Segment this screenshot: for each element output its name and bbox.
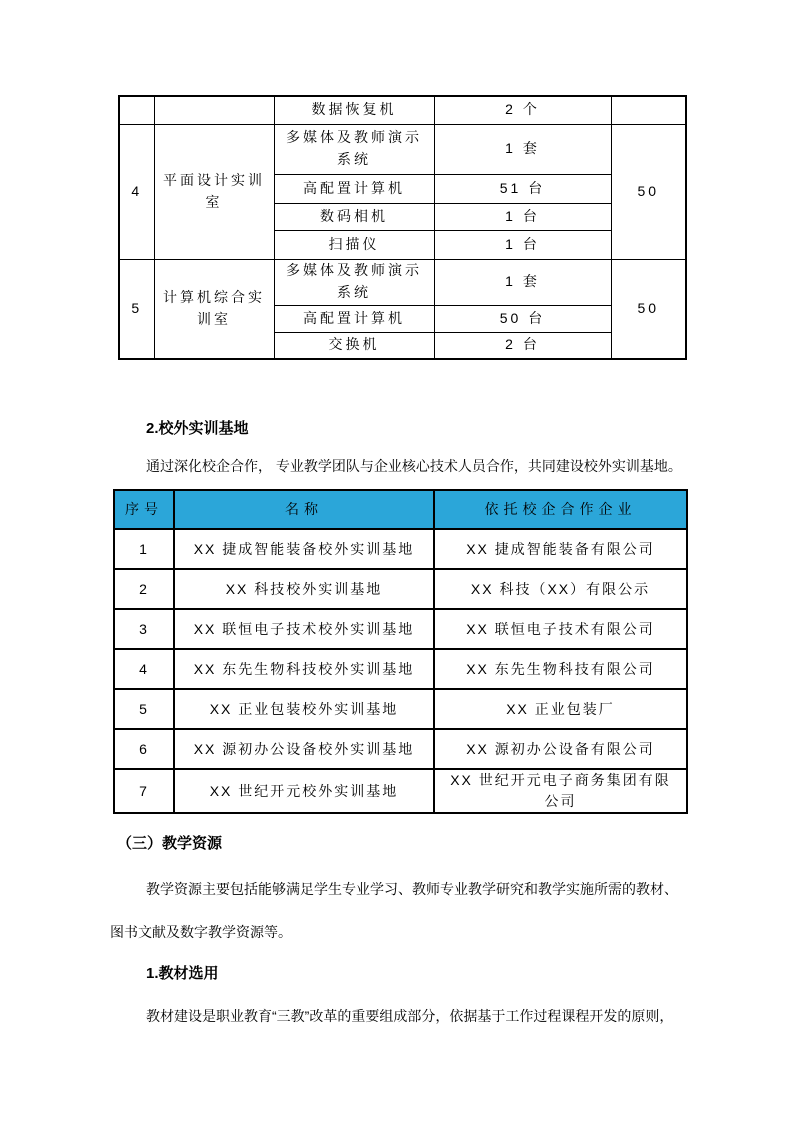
room-cell: 平面设计实训室: [154, 124, 274, 259]
equipment-partial-row: 数据恢复机 2 个: [119, 96, 686, 124]
offcampus-paragraph: 通过深化校企合作， 专业教学团队与企业核心技术人员合作，共同建设校外实训基地。: [146, 456, 682, 476]
quantity-cell: 1 套: [434, 259, 611, 305]
base-name-cell: XX 世纪开元校外实训基地: [174, 769, 434, 813]
capacity-cell: 50: [611, 259, 686, 359]
corp-cell: XX 世纪开元电子商务集团有限公司: [434, 769, 687, 813]
equipment-cell: 多媒体及教师演示系统: [274, 259, 434, 305]
offcampus-heading: 2.校外实训基地: [146, 417, 249, 438]
base-name-cell: XX 科技校外实训基地: [174, 569, 434, 609]
table-row: 4 XX 东先生物科技校外实训基地 XX 东先生物科技有限公司: [114, 649, 687, 689]
seq-cell: 5: [114, 689, 174, 729]
base-name-cell: XX 源初办公设备校外实训基地: [174, 729, 434, 769]
seq-cell: 4: [114, 649, 174, 689]
equipment-cell: 数码相机: [274, 203, 434, 230]
quantity-cell: 1 台: [434, 230, 611, 259]
resources-heading: （三）教学资源: [117, 832, 222, 853]
table-row: 1 XX 捷成智能装备校外实训基地 XX 捷成智能装备有限公司: [114, 529, 687, 569]
capacity-cell: [611, 96, 686, 124]
base-name-cell: XX 正业包装校外实训基地: [174, 689, 434, 729]
offcampus-base-table: 序号 名称 依托校企合作企业 1 XX 捷成智能装备校外实训基地 XX 捷成智能…: [113, 489, 688, 814]
seq-cell: 4: [119, 124, 154, 259]
table-row: 3 XX 联恒电子技术校外实训基地 XX 联恒电子技术有限公司: [114, 609, 687, 649]
textbook-paragraph: 教材建设是职业教育“三教”改革的重要组成部分，依据基于工作过程课程开发的原则，: [146, 1006, 673, 1026]
room-cell: [154, 96, 274, 124]
corp-cell: XX 东先生物科技有限公司: [434, 649, 687, 689]
table-row: 2 XX 科技校外实训基地 XX 科技（XX）有限公示: [114, 569, 687, 609]
equipment-row: 4 平面设计实训室 多媒体及教师演示系统 1 套 50: [119, 124, 686, 174]
quantity-cell: 1 套: [434, 124, 611, 174]
quantity-cell: 2 台: [434, 332, 611, 359]
base-name-cell: XX 捷成智能装备校外实训基地: [174, 529, 434, 569]
equipment-cell: 高配置计算机: [274, 305, 434, 332]
base-name-cell: XX 联恒电子技术校外实训基地: [174, 609, 434, 649]
equipment-row: 5 计算机综合实训室 多媒体及教师演示系统 1 套 50: [119, 259, 686, 305]
corp-cell: XX 联恒电子技术有限公司: [434, 609, 687, 649]
corp-cell: XX 捷成智能装备有限公司: [434, 529, 687, 569]
resources-paragraph-line2: 图书文献及数字教学资源等。: [110, 922, 292, 942]
seq-cell: 3: [114, 609, 174, 649]
table-row: 7 XX 世纪开元校外实训基地 XX 世纪开元电子商务集团有限公司: [114, 769, 687, 813]
corp-cell: XX 源初办公设备有限公司: [434, 729, 687, 769]
equipment-cell: 扫描仪: [274, 230, 434, 259]
corp-cell: XX 正业包装厂: [434, 689, 687, 729]
seq-cell: 6: [114, 729, 174, 769]
equipment-cell: 交换机: [274, 332, 434, 359]
quantity-cell: 1 台: [434, 203, 611, 230]
room-cell: 计算机综合实训室: [154, 259, 274, 359]
header-seq: 序号: [114, 490, 174, 529]
seq-cell: 2: [114, 569, 174, 609]
table-row: 6 XX 源初办公设备校外实训基地 XX 源初办公设备有限公司: [114, 729, 687, 769]
equipment-cell: 数据恢复机: [274, 96, 434, 124]
base-table-header-row: 序号 名称 依托校企合作企业: [114, 490, 687, 529]
capacity-cell: 50: [611, 124, 686, 259]
header-name: 名称: [174, 490, 434, 529]
textbook-heading: 1.教材选用: [146, 962, 219, 983]
base-name-cell: XX 东先生物科技校外实训基地: [174, 649, 434, 689]
resources-paragraph-line1: 教学资源主要包括能够满足学生专业学习、教师专业教学研究和教学实施所需的教材、: [146, 879, 678, 899]
equipment-table: 数据恢复机 2 个 4 平面设计实训室 多媒体及教师演示系统 1 套 50 高配…: [118, 95, 687, 360]
corp-cell: XX 科技（XX）有限公示: [434, 569, 687, 609]
header-corp: 依托校企合作企业: [434, 490, 687, 529]
quantity-cell: 2 个: [434, 96, 611, 124]
seq-cell: [119, 96, 154, 124]
table-row: 5 XX 正业包装校外实训基地 XX 正业包装厂: [114, 689, 687, 729]
seq-cell: 1: [114, 529, 174, 569]
seq-cell: 7: [114, 769, 174, 813]
equipment-cell: 高配置计算机: [274, 174, 434, 203]
quantity-cell: 51 台: [434, 174, 611, 203]
equipment-cell: 多媒体及教师演示系统: [274, 124, 434, 174]
quantity-cell: 50 台: [434, 305, 611, 332]
seq-cell: 5: [119, 259, 154, 359]
document-page: 数据恢复机 2 个 4 平面设计实训室 多媒体及教师演示系统 1 套 50 高配…: [0, 0, 794, 1123]
